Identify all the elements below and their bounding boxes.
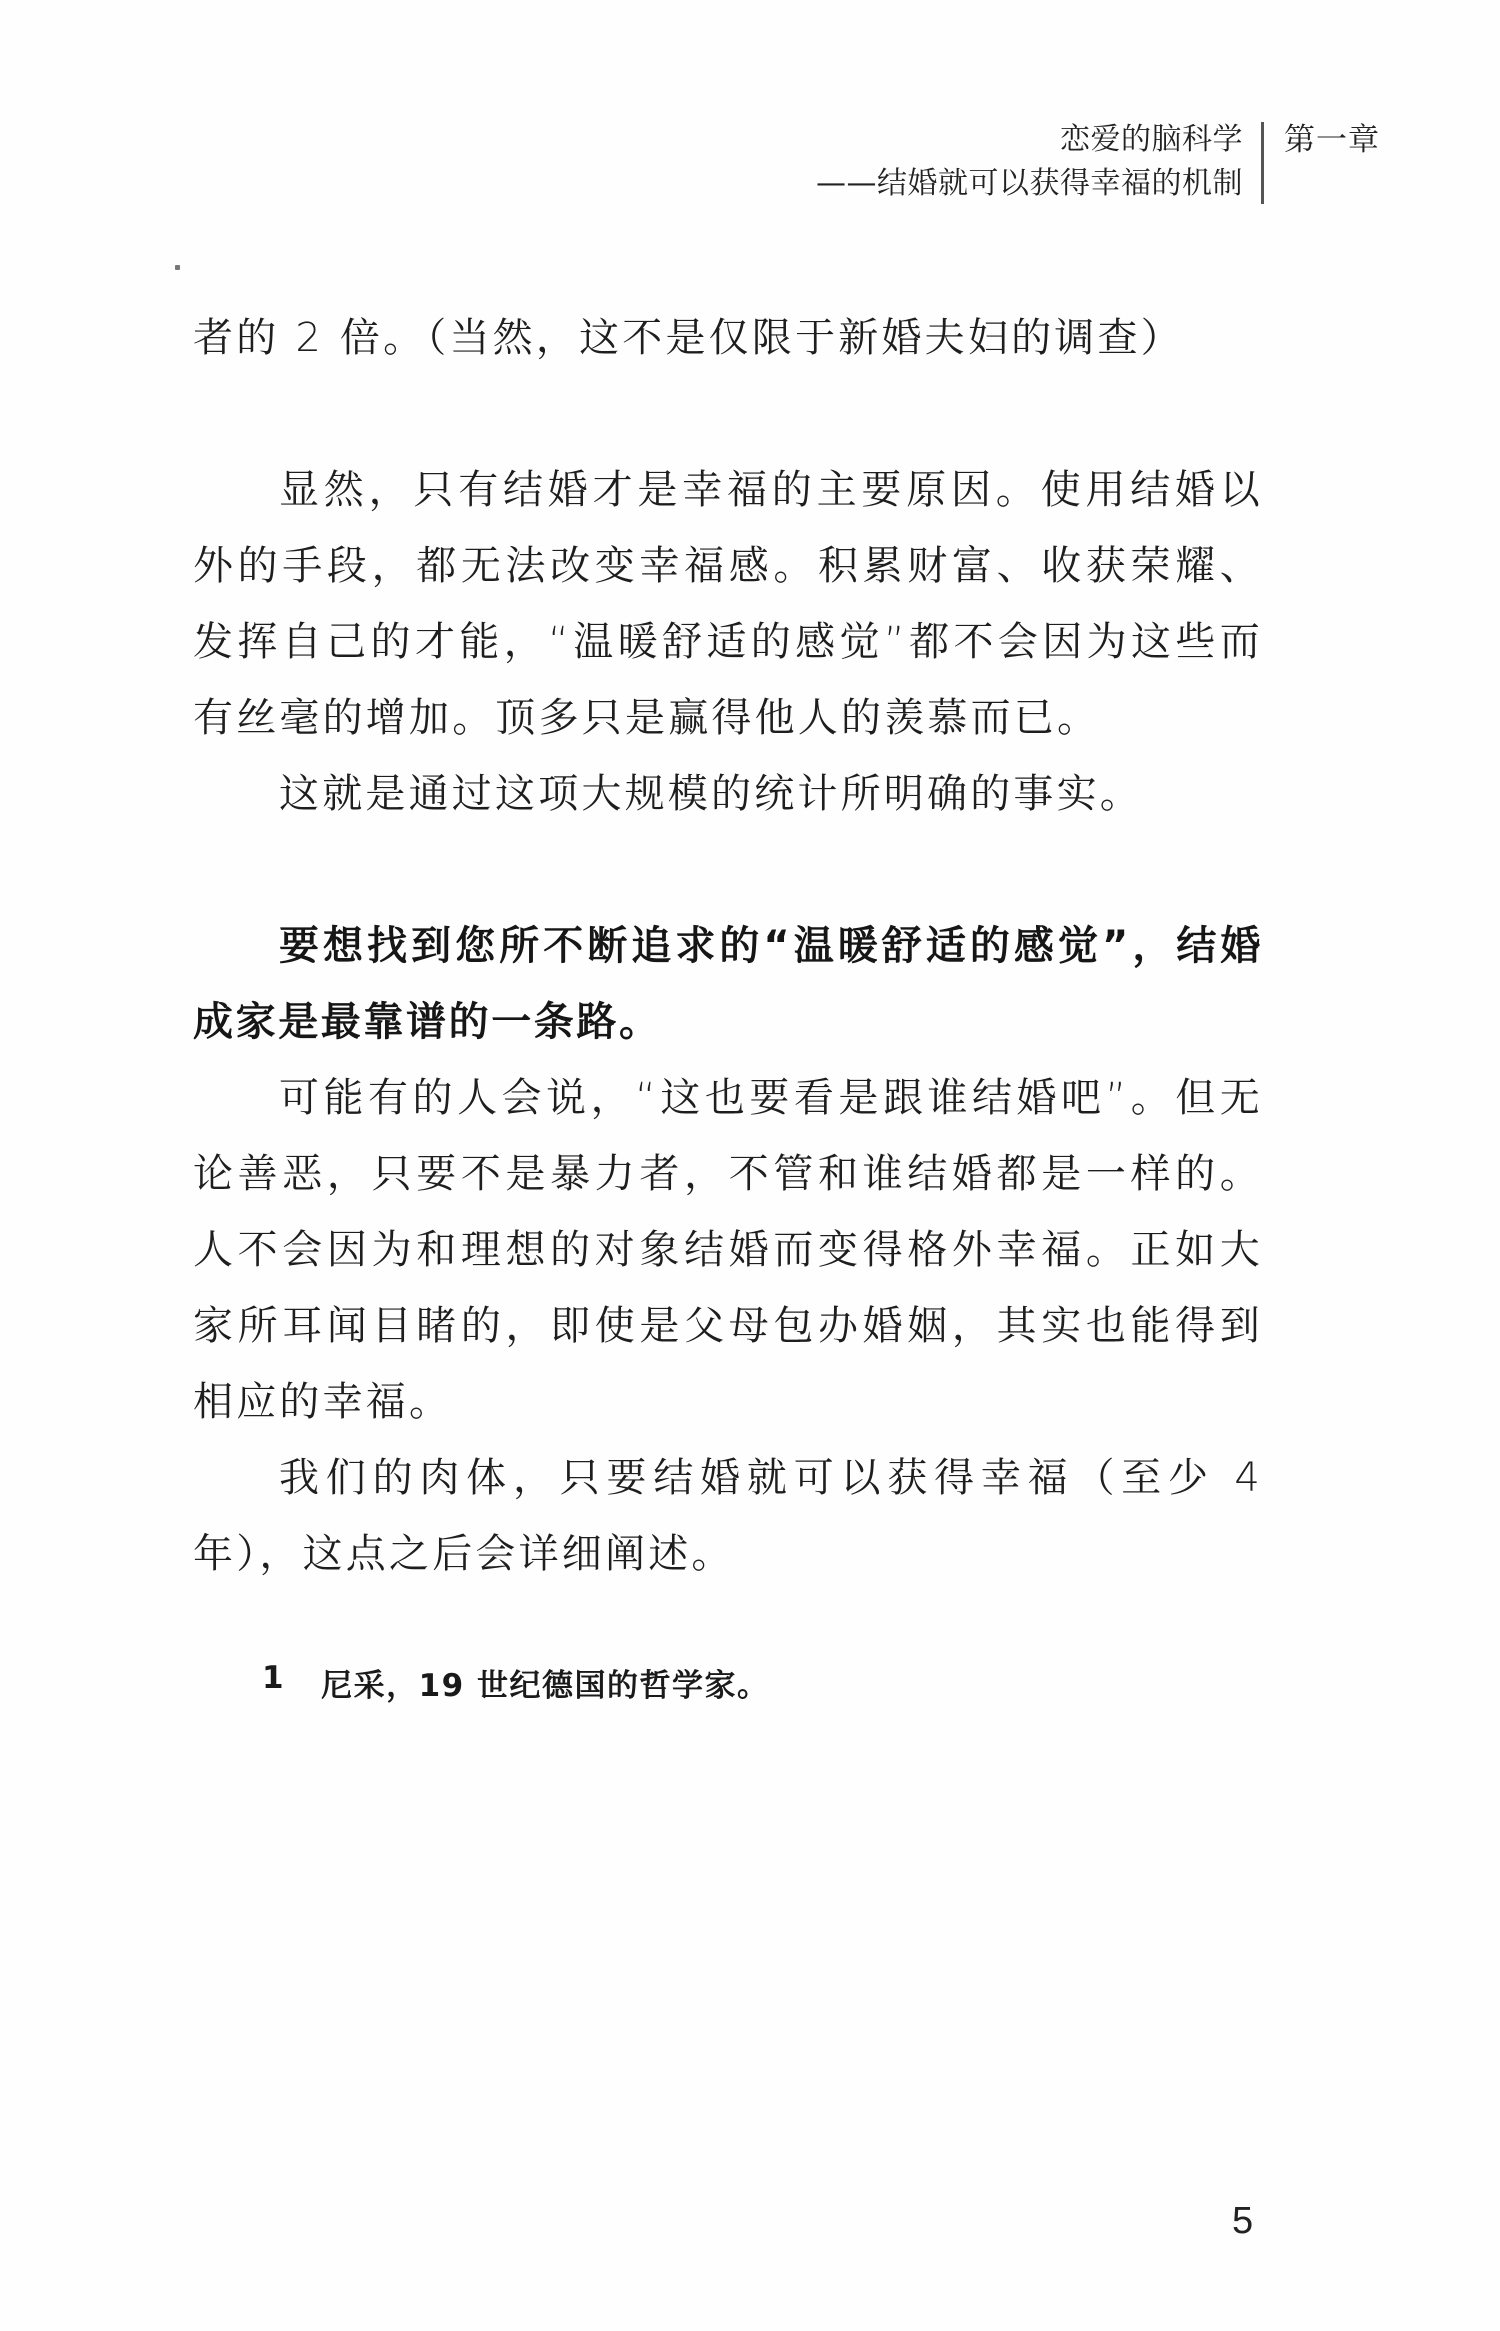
paragraph: 可能有的人会说，“这也要看是跟谁结婚吧”。但无论善恶，只要不是暴力者，不管和谁结…	[193, 1060, 1263, 1440]
body-text: 者的 2 倍。（当然，这不是仅限于新婚夫妇的调查） 显然，只有结婚才是幸福的主要…	[193, 300, 1263, 1592]
paragraph-continuation: 者的 2 倍。（当然，这不是仅限于新婚夫妇的调查）	[193, 300, 1263, 376]
footnote-text: 尼采，19 世纪德国的哲学家。	[321, 1660, 769, 1705]
footnote: 1 尼采，19 世纪德国的哲学家。	[262, 1660, 770, 1705]
scan-speck	[175, 265, 180, 270]
paragraph-emphasis: 要想找到您所不断追求的“温暖舒适的感觉”，结婚成家是最靠谱的一条路。	[193, 908, 1263, 1060]
paragraph: 显然，只有结婚才是幸福的主要原因。使用结婚以外的手段，都无法改变幸福感。积累财富…	[193, 452, 1263, 756]
book-title: 恋爱的脑科学	[816, 118, 1243, 162]
paragraph: 这就是通过这项大规模的统计所明确的事实。	[193, 756, 1263, 832]
running-header: 恋爱的脑科学 ——结婚就可以获得幸福的机制 第一章	[816, 118, 1380, 206]
book-page: 恋爱的脑科学 ——结婚就可以获得幸福的机制 第一章 者的 2 倍。（当然，这不是…	[0, 0, 1500, 2331]
book-subtitle: ——结婚就可以获得幸福的机制	[816, 162, 1243, 206]
paragraph: 我们的肉体，只要结婚就可以获得幸福（至少 4 年），这点之后会详细阐述。	[193, 1440, 1263, 1592]
header-titles: 恋爱的脑科学 ——结婚就可以获得幸福的机制	[816, 118, 1261, 206]
page-number: 5	[1232, 2200, 1253, 2243]
footnote-number: 1	[262, 1660, 285, 1705]
chapter-label: 第一章	[1264, 118, 1380, 206]
